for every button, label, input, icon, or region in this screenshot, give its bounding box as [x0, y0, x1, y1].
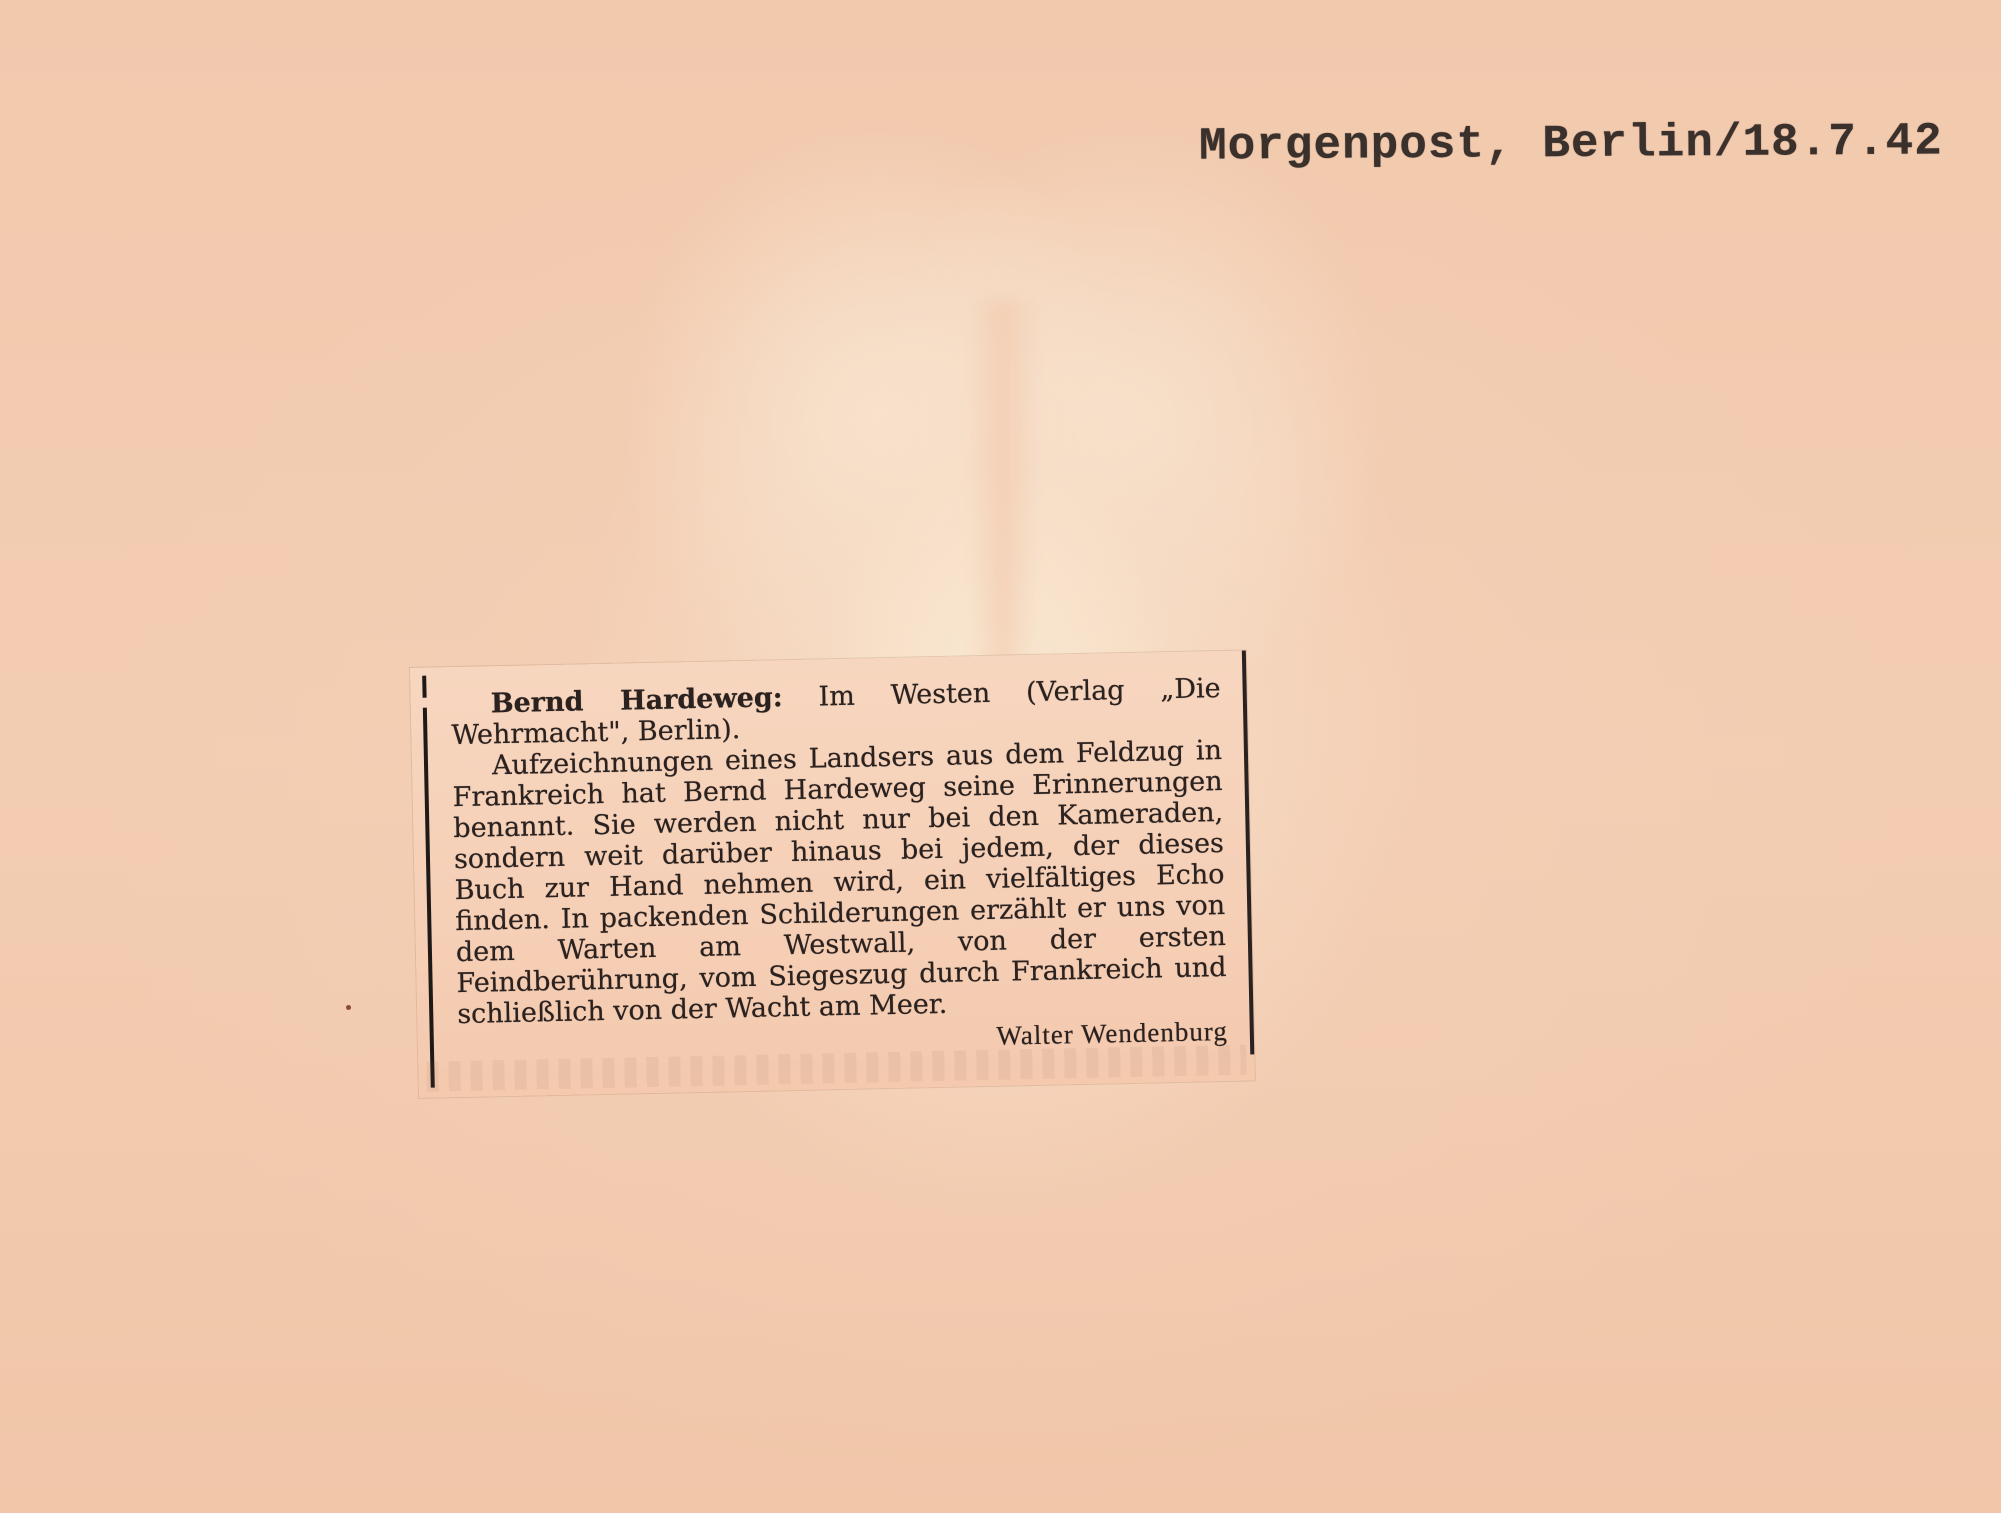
typed-source-line: Morgenpost, Berlin/18.7.42 [1199, 115, 1943, 172]
paper-speck [346, 1005, 351, 1010]
clipping-left-rule [423, 708, 435, 1088]
clipping-text: Bernd Hardeweg: Im Westen (Verlag „Die W… [450, 673, 1228, 1063]
newspaper-clipping: Bernd Hardeweg: Im Westen (Verlag „Die W… [410, 650, 1255, 1097]
review-body: Aufzeichnungen eines Landsers aus dem Fe… [452, 735, 1228, 1030]
paper-fold-stain [968, 300, 1038, 680]
clipping-left-rule-top [422, 676, 426, 698]
